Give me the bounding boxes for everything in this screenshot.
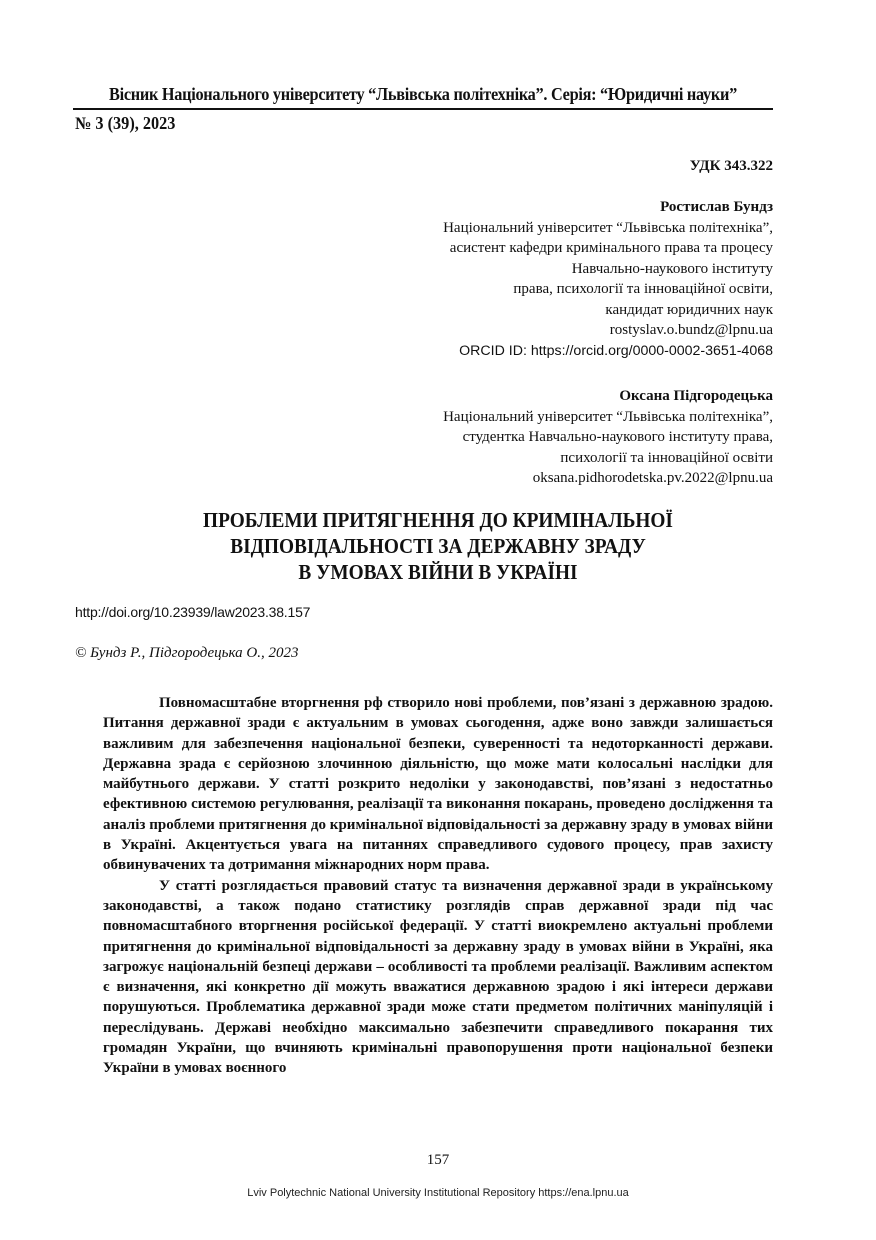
author-block-1: Ростислав Бундз Національний університет… (443, 197, 773, 361)
repository-footer: Lviv Polytechnic National University Ins… (0, 1187, 876, 1199)
abstract-paragraph: Повномасштабне вторгнення рф створило но… (103, 693, 773, 876)
doi-link[interactable]: http://doi.org/10.23939/law2023.38.157 (75, 604, 310, 620)
abstract: Повномасштабне вторгнення рф створило но… (103, 693, 773, 1079)
author-position: асистент кафедри кримінального права та … (443, 238, 773, 259)
title-line: В УМОВАХ ВІЙНИ В УКРАЇНІ (102, 559, 774, 585)
journal-title: Вісник Національного університету “Львів… (98, 84, 749, 105)
title-line: ВІДПОВІДАЛЬНОСТІ ЗА ДЕРЖАВНУ ЗРАДУ (102, 533, 774, 559)
author-affiliation: Національний університет “Львівська полі… (443, 218, 773, 239)
author-orcid[interactable]: ORCID ID: https://orcid.org/0000-0002-36… (443, 341, 773, 362)
author-name: Оксана Підгородецька (443, 386, 773, 407)
author-institute-cont: права, психології та інноваційної освіти… (443, 279, 773, 300)
article-title: ПРОБЛЕМИ ПРИТЯГНЕННЯ ДО КРИМІНАЛЬНОЇ ВІД… (102, 507, 774, 585)
author-degree: кандидат юридичних наук (443, 300, 773, 321)
author-email[interactable]: oksana.pidhorodetska.pv.2022@lpnu.ua (443, 468, 773, 489)
header-rule (73, 108, 773, 110)
author-name: Ростислав Бундз (443, 197, 773, 218)
author-institute: Навчально-наукового інституту (443, 259, 773, 280)
abstract-paragraph: У статті розглядається правовий статус т… (103, 876, 773, 1079)
udc-code: УДК 343.322 (690, 158, 773, 175)
author-position: студентка Навчально-наукового інституту … (443, 427, 773, 448)
author-block-2: Оксана Підгородецька Національний універ… (443, 386, 773, 489)
copyright: © Бундз Р., Підгородецька О., 2023 (75, 645, 298, 662)
author-institute: психології та інноваційної освіти (443, 448, 773, 469)
author-affiliation: Національний університет “Львівська полі… (443, 407, 773, 428)
issue-number: № 3 (39), 2023 (75, 113, 175, 134)
title-line: ПРОБЛЕМИ ПРИТЯГНЕННЯ ДО КРИМІНАЛЬНОЇ (102, 507, 774, 533)
page-number: 157 (0, 1152, 876, 1169)
author-email[interactable]: rostyslav.o.bundz@lpnu.ua (443, 320, 773, 341)
